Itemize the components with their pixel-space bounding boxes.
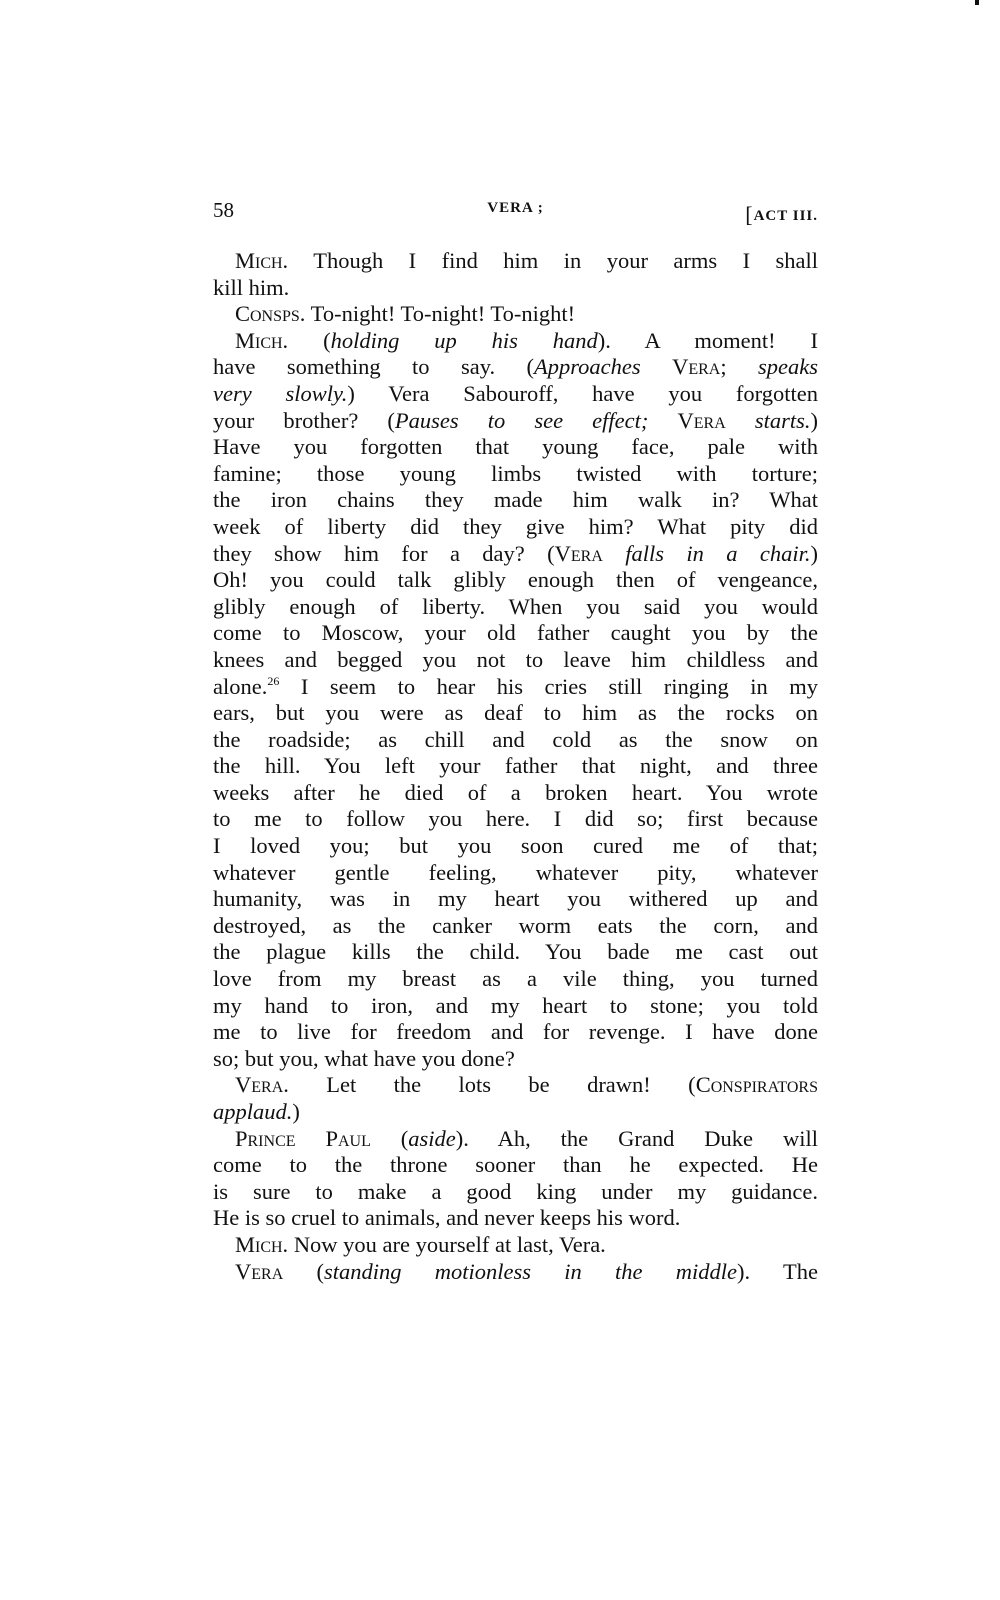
text-run <box>641 354 672 379</box>
text-run: your brother? ( <box>213 408 395 433</box>
text-run <box>648 408 677 433</box>
text-run: destroyed, as the canker worm eats the c… <box>213 913 818 938</box>
text-run: ) <box>292 1099 300 1124</box>
text-line: very slowly.) Vera Sabouroff, have you f… <box>213 381 818 408</box>
act-bracket: [ <box>745 202 753 227</box>
stage-direction: falls in a chair. <box>625 541 810 566</box>
text-run: ) Vera Sabouroff, have you forgotten <box>347 381 818 406</box>
text-line: to me to follow you here. I did so; firs… <box>213 806 818 833</box>
text-line: Have you forgotten that young face, pale… <box>213 434 818 461</box>
text-line: Consps. To-night! To-night! To-night! <box>213 301 818 328</box>
text-run: the hill. You left your father that nigh… <box>213 753 818 778</box>
book-page: 58 VERA ; [ACT III. Mich. Though I find … <box>213 192 818 1285</box>
speaker-name: Mich. <box>235 1232 288 1257</box>
text-line: ears, but you were as deaf to him as the… <box>213 700 818 727</box>
text-run: ears, but you were as deaf to him as the… <box>213 700 818 725</box>
text-line: Mich. Now you are yourself at last, Vera… <box>213 1232 818 1259</box>
text-run: Though I find him in your arms I shall <box>288 248 818 273</box>
stage-direction: standing motionless in the middle <box>324 1259 737 1284</box>
text-line: the hill. You left your father that nigh… <box>213 753 818 780</box>
text-run: I seem to hear his cries still ringing i… <box>279 674 818 699</box>
stage-direction: Approaches <box>534 354 641 379</box>
text-run: glibly enough of liberty. When you said … <box>213 594 818 619</box>
text-line: I loved you; but you soon cured me of th… <box>213 833 818 860</box>
text-line: week of liberty did they give him? What … <box>213 514 818 541</box>
text-run: the plague kills the child. You bade me … <box>213 939 818 964</box>
text-line: is sure to make a good king under my gui… <box>213 1179 818 1206</box>
text-line: Mich. (holding up his hand). A moment! I <box>213 328 818 355</box>
text-run: Have you forgotten that young face, pale… <box>213 434 818 459</box>
text-line: Vera (standing motionless in the middle)… <box>213 1259 818 1286</box>
text-run: the iron chains they made him walk in? W… <box>213 487 818 512</box>
text-run <box>603 541 625 566</box>
text-line: whatever gentle feeling, whatever pity, … <box>213 860 818 887</box>
text-run: ( <box>288 328 330 353</box>
text-run: is sure to make a good king under my gui… <box>213 1179 818 1204</box>
text-line: so; but you, what have you done? <box>213 1046 818 1073</box>
text-run: ) <box>811 408 819 433</box>
text-run: come to the throne sooner than he expect… <box>213 1152 818 1177</box>
text-line: they show him for a day? (Vera falls in … <box>213 541 818 568</box>
speaker-name: Vera <box>672 354 720 379</box>
text-run: so; but you, what have you done? <box>213 1046 515 1071</box>
text-run: alone. <box>213 674 267 699</box>
text-run <box>726 408 755 433</box>
text-run: the roadside; as chill and cold as the s… <box>213 727 818 752</box>
text-line: me to live for freedom and for revenge. … <box>213 1019 818 1046</box>
stage-direction: starts. <box>755 408 811 433</box>
text-run: Let the lots be drawn! ( <box>289 1072 696 1097</box>
text-line: Vera. Let the lots be drawn! (Conspirato… <box>213 1072 818 1099</box>
text-line: humanity, was in my heart you withered u… <box>213 886 818 913</box>
text-line: love from my breast as a vile thing, you… <box>213 966 818 993</box>
footnote-marker: 26 <box>267 674 279 688</box>
stage-direction: applaud. <box>213 1099 292 1124</box>
stage-direction: very slowly. <box>213 381 347 406</box>
text-run: my hand to iron, and my heart to stone; … <box>213 993 818 1018</box>
text-run: To-night! To-night! To-night! <box>305 301 575 326</box>
text-run: they show him for a day? ( <box>213 541 555 566</box>
text-run: ; <box>720 354 758 379</box>
text-line: glibly enough of liberty. When you said … <box>213 594 818 621</box>
scan-corner-mark <box>975 0 979 5</box>
speaker-name: Mich. <box>235 328 288 353</box>
stage-direction: speaks <box>758 354 818 379</box>
text-run: love from my breast as a vile thing, you… <box>213 966 818 991</box>
text-run: whatever gentle feeling, whatever pity, … <box>213 860 818 885</box>
text-line: Mich. Though I find him in your arms I s… <box>213 248 818 275</box>
speaker-name: Vera <box>678 408 726 433</box>
text-line: the iron chains they made him walk in? W… <box>213 487 818 514</box>
text-run: humanity, was in my heart you withered u… <box>213 886 818 911</box>
running-act: [ACT III. <box>745 200 818 226</box>
text-line: the plague kills the child. You bade me … <box>213 939 818 966</box>
speaker-name: Mich. <box>235 248 288 273</box>
text-line: He is so cruel to animals, and never kee… <box>213 1205 818 1232</box>
stage-direction: aside <box>408 1126 456 1151</box>
text-line: Prince Paul (aside). Ah, the Grand Duke … <box>213 1126 818 1153</box>
speaker-name: Vera. <box>235 1072 289 1097</box>
text-line: the roadside; as chill and cold as the s… <box>213 727 818 754</box>
running-head: 58 VERA ; [ACT III. <box>213 192 818 228</box>
text-run: ) <box>811 541 819 566</box>
text-line: weeks after he died of a broken heart. Y… <box>213 780 818 807</box>
text-run: ). A moment! I <box>598 328 818 353</box>
text-run: famine; those young limbs twisted with t… <box>213 461 818 486</box>
text-run: have something to say. ( <box>213 354 534 379</box>
text-run: I loved you; but you soon cured me of th… <box>213 833 818 858</box>
text-line: knees and begged you not to leave him ch… <box>213 647 818 674</box>
speaker-name: Conspirators <box>696 1072 818 1097</box>
text-line: have something to say. (Approaches Vera;… <box>213 354 818 381</box>
stage-direction: Pauses to see effect; <box>395 408 648 433</box>
text-run: ). The <box>737 1259 818 1284</box>
text-run: Now you are yourself at last, Vera. <box>288 1232 606 1257</box>
text-line: destroyed, as the canker worm eats the c… <box>213 913 818 940</box>
play-text: Mich. Though I find him in your arms I s… <box>213 248 818 1285</box>
text-line: famine; those young limbs twisted with t… <box>213 461 818 488</box>
text-run: kill him. <box>213 275 289 300</box>
text-run: me to live for freedom and for revenge. … <box>213 1019 818 1044</box>
text-line: applaud.) <box>213 1099 818 1126</box>
text-line: come to Moscow, your old father caught y… <box>213 620 818 647</box>
text-run: weeks after he died of a broken heart. Y… <box>213 780 818 805</box>
text-line: your brother? (Pauses to see effect; Ver… <box>213 408 818 435</box>
text-line: Oh! you could talk glibly enough then of… <box>213 567 818 594</box>
text-run: ). Ah, the Grand Duke will <box>456 1126 818 1151</box>
text-run: week of liberty did they give him? What … <box>213 514 818 539</box>
text-run: come to Moscow, your old father caught y… <box>213 620 818 645</box>
speaker-name: Vera <box>555 541 603 566</box>
text-run: He is so cruel to animals, and never kee… <box>213 1205 680 1230</box>
text-line: come to the throne sooner than he expect… <box>213 1152 818 1179</box>
text-run: to me to follow you here. I did so; firs… <box>213 806 818 831</box>
text-run: ( <box>283 1259 324 1284</box>
text-run: knees and begged you not to leave him ch… <box>213 647 818 672</box>
running-title: VERA ; <box>213 200 818 217</box>
text-run: Oh! you could talk glibly enough then of… <box>213 567 818 592</box>
stage-direction: holding up his hand <box>331 328 598 353</box>
speaker-name: Prince Paul <box>235 1126 371 1151</box>
speaker-name: Consps. <box>235 301 305 326</box>
speaker-name: Vera <box>235 1259 283 1284</box>
act-label: ACT III. <box>754 208 818 224</box>
text-line: my hand to iron, and my heart to stone; … <box>213 993 818 1020</box>
text-line: kill him. <box>213 275 818 302</box>
text-run: ( <box>371 1126 408 1151</box>
text-line: alone.26 I seem to hear his cries still … <box>213 674 818 701</box>
